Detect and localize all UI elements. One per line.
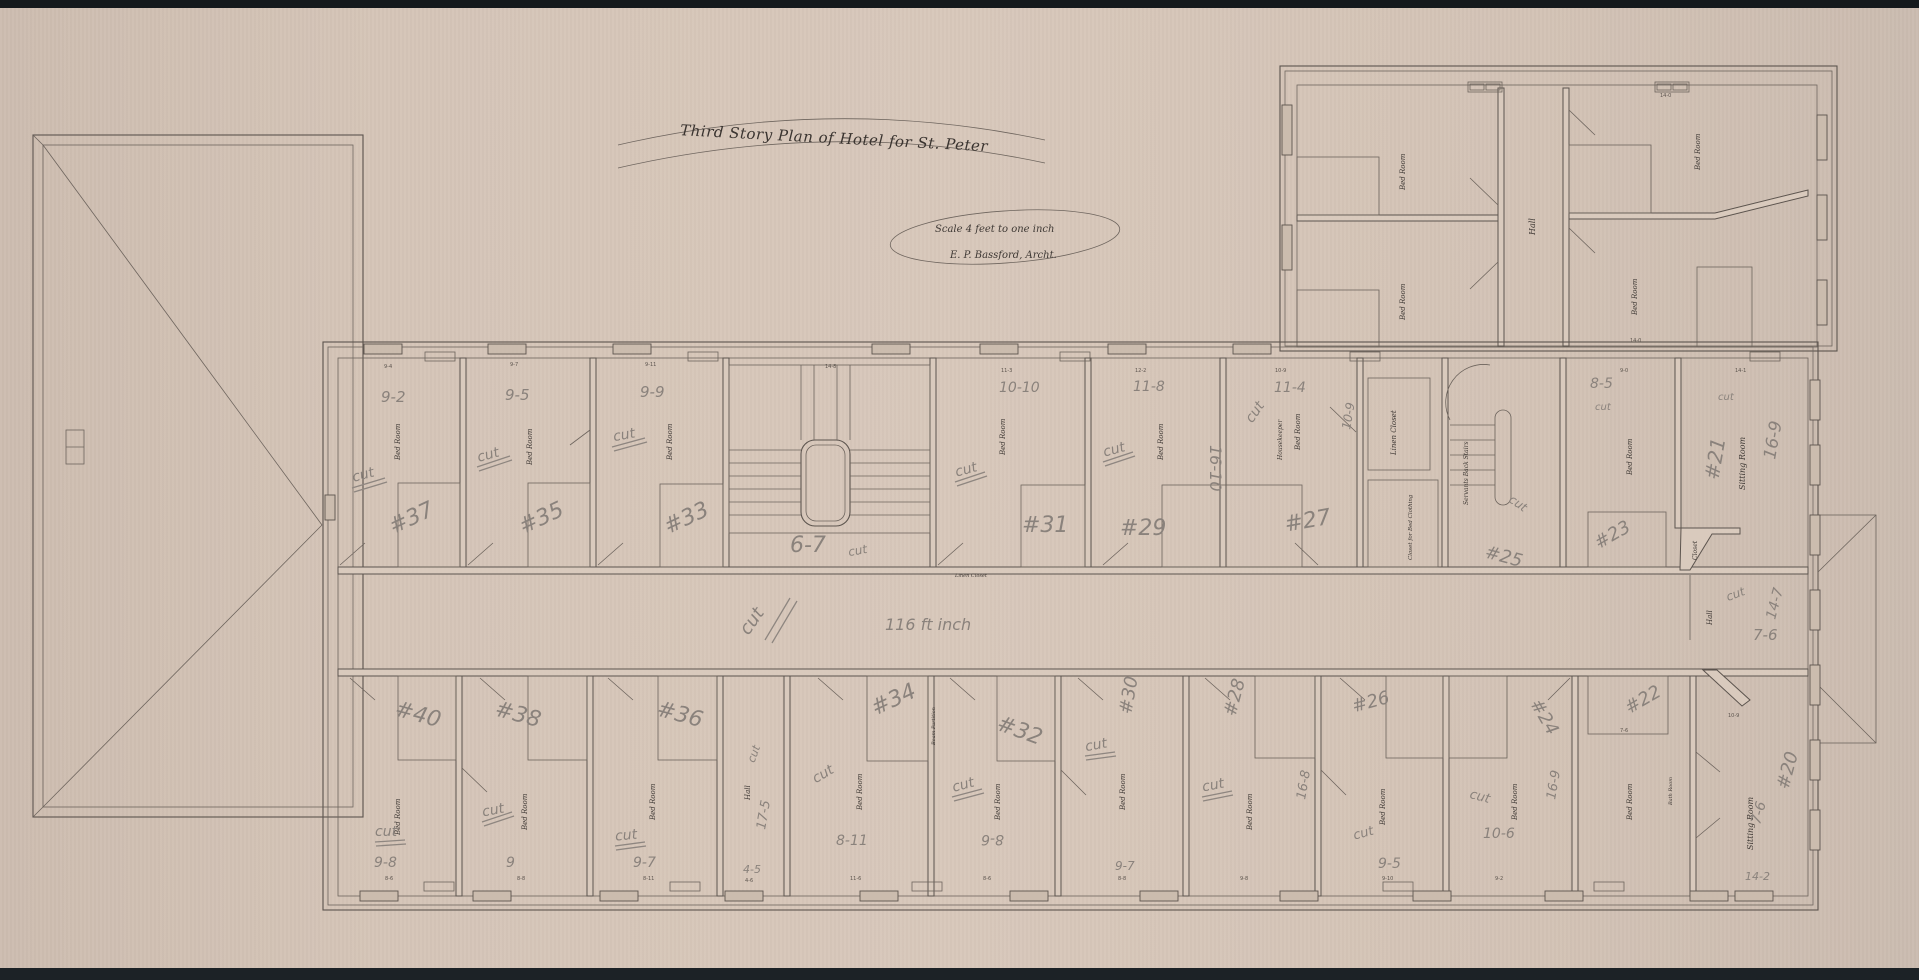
room-number: #24 xyxy=(1525,695,1562,738)
pencil-dimension: 4-5 xyxy=(743,863,761,876)
cut-annotation: cut xyxy=(614,827,638,845)
room-number: #37 xyxy=(385,497,438,539)
pencil-dimension: 10-10 xyxy=(999,380,1040,396)
ink-dimension: 9-8 xyxy=(1240,876,1248,882)
ink-dimension: 8-11 xyxy=(643,876,654,882)
room-sublabel: Closet for Bed Clothing xyxy=(1408,494,1414,560)
main-block-walls xyxy=(323,342,1876,910)
cut-annotation: cut xyxy=(1101,439,1127,460)
north-wing: Bed Room Bed Room Hall Bed Room Bed Room… xyxy=(1280,66,1837,351)
room-label: Bed Room xyxy=(994,783,1002,821)
lower-room-labels: Bed Room Bed Room Bed Room Hall Bed Room… xyxy=(394,540,1755,850)
room-sublabel: Bath Room xyxy=(1668,777,1674,806)
room-label: Bed Room xyxy=(521,793,529,831)
corridor-notes: 116 ft inch cut 7-6 14-7 cut Linen Close… xyxy=(735,573,1787,644)
room-number: #30 xyxy=(1115,675,1142,716)
architect-name: E. P. Bassford, Archt. xyxy=(949,250,1057,261)
room-number: #38 xyxy=(492,697,543,733)
lower-room-numbers: #40 #38 #36 #34 #32 #30 #28 #26 #24 #22 … xyxy=(392,675,1803,792)
pencil-dimension: 16-9 xyxy=(1544,769,1564,801)
cut-annotation: cut xyxy=(1724,584,1748,604)
pencil-dimension: 9-8 xyxy=(374,855,397,871)
pencil-dimension: 9-5 xyxy=(1378,856,1401,872)
room-label: Sitting Room xyxy=(1738,437,1747,491)
ink-dimension: 10-9 xyxy=(1275,368,1286,374)
note-label: Linen Closet xyxy=(954,573,988,579)
drawing-title: Third Story Plan of Hotel for St. Peter xyxy=(680,121,989,155)
pencil-dimension: 8-6 xyxy=(981,831,1004,847)
pencil-dimension: 14-7 xyxy=(1763,586,1787,621)
cut-annotation: cut xyxy=(810,762,838,787)
ink-dimension: 4-6 xyxy=(745,878,753,884)
cut-annotation: cut xyxy=(953,459,979,480)
room-label: Bed Room xyxy=(649,783,657,821)
room-label: Bed Room xyxy=(1379,788,1387,826)
room-number: #20 xyxy=(1773,749,1803,791)
pencil-dimension: 8-11 xyxy=(836,833,868,849)
cut-annotation: cut xyxy=(1718,392,1735,403)
room-sublabel: Housekeeper xyxy=(1277,419,1284,461)
cut-annotation: cut xyxy=(847,542,869,559)
ink-dimension: 12-2 xyxy=(1135,368,1146,374)
ink-dimension: 8-8 xyxy=(1118,876,1126,882)
room-label: Hall xyxy=(744,785,752,801)
pencil-dimension: 9-7 xyxy=(633,855,656,871)
room-label: Hall xyxy=(1706,610,1714,626)
pencil-dimension: 16-8 xyxy=(1294,769,1314,801)
pencil-dimension: 11-4 xyxy=(1274,380,1306,396)
room-number: #33 xyxy=(660,497,713,539)
ink-dimension: 10-9 xyxy=(1728,713,1739,719)
corridor-cut-note: cut xyxy=(735,603,769,639)
left-roof-plan xyxy=(33,135,363,817)
cut-annotation: cut xyxy=(1201,776,1226,796)
ink-dimension: 8-8 xyxy=(517,876,525,882)
cut-annotation: cut xyxy=(612,425,637,445)
room-label: Bed Room xyxy=(394,423,402,461)
room-number: #28 xyxy=(1220,676,1250,718)
pencil-dimension: 14-2 xyxy=(1745,870,1770,883)
ink-dimension: 9-2 xyxy=(1495,876,1503,882)
room-label: Bed Room xyxy=(666,423,674,461)
ink-dimension: 14-1 xyxy=(1735,368,1746,374)
dimension-label: 14-0 xyxy=(1660,93,1671,99)
pencil-dimension: 10-9 xyxy=(1339,401,1358,430)
room-number: #29 xyxy=(1120,516,1166,541)
scale-note: Scale 4 feet to one inch xyxy=(935,224,1054,235)
room-label: Bed Room xyxy=(1119,773,1127,811)
room-label: Bed Room xyxy=(526,428,534,466)
cut-annotation: cut xyxy=(1242,398,1268,426)
room-number: #22 xyxy=(1621,681,1664,718)
room-number: #40 xyxy=(392,697,443,733)
east-windows xyxy=(325,380,1820,850)
room-label: Bed Room xyxy=(1246,793,1254,831)
ink-dimension: 9-7 xyxy=(510,362,518,368)
upper-row-partitions xyxy=(340,358,1740,640)
ink-dimension: 9-4 xyxy=(384,364,392,370)
room-label: Bed Room xyxy=(1626,783,1634,821)
cut-annotation: cut xyxy=(350,464,376,485)
room-number: #26 xyxy=(1350,687,1392,717)
pencil-dimension: 6-7 xyxy=(790,533,826,558)
cut-annotation: cut xyxy=(481,801,506,821)
title-cartouche: Third Story Plan of Hotel for St. Peter … xyxy=(618,119,1122,271)
room-number: #27 xyxy=(1283,505,1333,538)
pencil-dimension: 9 xyxy=(506,855,515,871)
pencil-dimension: 9-5 xyxy=(505,386,530,404)
room-number: #32 xyxy=(993,711,1045,750)
cut-annotation: cut xyxy=(1352,823,1377,843)
dimension-label: 14-0 xyxy=(1630,338,1641,344)
ink-dimension: 7-6 xyxy=(1620,728,1628,734)
room-label: Hall xyxy=(1528,218,1537,236)
pencil-dimension: 9-2 xyxy=(381,388,406,406)
ink-dimension: 8-6 xyxy=(983,876,991,882)
pencil-dimension: 8-5 xyxy=(1590,376,1613,392)
pencil-dimension: 10-6 xyxy=(1483,826,1515,842)
room-number: #23 xyxy=(1591,516,1634,553)
ink-dimension: 14-8 xyxy=(825,364,836,370)
ink-dimension: 8-6 xyxy=(385,876,393,882)
ink-dimension: 9-10 xyxy=(1382,876,1393,882)
floor-plan: Bed Room Bed Room Hall Bed Room Bed Room… xyxy=(0,0,1919,980)
room-label: Servants Back Stairs xyxy=(1463,441,1470,505)
ink-dimension: 9-11 xyxy=(645,362,656,368)
cut-annotation: cut xyxy=(950,774,976,795)
pencil-dimension: 16-10 xyxy=(1206,445,1225,492)
ink-dimension: 11-3 xyxy=(1001,368,1012,374)
cut-annotation: cut xyxy=(1468,787,1493,807)
note-label: Beam Partition xyxy=(931,707,937,746)
room-label: Bed Room xyxy=(1631,278,1639,316)
cut-annotation: cut xyxy=(1084,735,1109,755)
room-label: Bed Room xyxy=(1626,438,1634,476)
pencil-dimension: 9-9 xyxy=(640,383,665,401)
cut-underlines xyxy=(352,438,1233,850)
cut-annotation: cut xyxy=(1595,402,1612,413)
lower-pencil-dims: 9-8 9 9-7 4-5 8-11 8-6 9-7 9-5 10-6 7-6 … xyxy=(374,769,1770,883)
main-stair xyxy=(729,365,930,533)
top-windows xyxy=(364,344,1780,361)
cut-annotation: cut xyxy=(375,824,398,840)
room-number: #21 xyxy=(1699,436,1730,482)
room-label: Bed Room xyxy=(1694,133,1702,171)
pencil-dimension: 17-5 xyxy=(754,799,774,831)
ink-dimension: 9-0 xyxy=(1620,368,1628,374)
room-label: Bed Room xyxy=(1157,423,1165,461)
room-label: Bed Room xyxy=(1399,283,1407,321)
room-label: Linen Closet xyxy=(1390,410,1398,456)
corridor-length-note: 116 ft inch xyxy=(885,615,971,634)
room-label: Closet xyxy=(1692,540,1699,560)
room-label: Bed Room xyxy=(1399,153,1407,191)
room-label: Bed Room xyxy=(1511,783,1519,821)
room-number: #34 xyxy=(867,679,920,721)
cut-annotation: cut xyxy=(1506,492,1531,515)
room-label: Bed Room xyxy=(999,418,1007,456)
pencil-dimension: 11-8 xyxy=(1133,379,1165,395)
bottom-windows xyxy=(360,882,1773,901)
room-number: #31 xyxy=(1022,513,1068,538)
pencil-dimension: 7-6 xyxy=(1753,626,1778,644)
room-label: Bed Room xyxy=(1294,413,1302,451)
room-number: #36 xyxy=(654,697,705,733)
room-label: Bed Room xyxy=(856,773,864,811)
room-number: #35 xyxy=(515,497,568,539)
cut-annotation: cut xyxy=(745,743,763,764)
ink-dimension: 11-6 xyxy=(850,876,861,882)
pencil-dimension: 9-7 xyxy=(1115,859,1135,873)
pencil-dimension: 16-9 xyxy=(1760,419,1786,460)
